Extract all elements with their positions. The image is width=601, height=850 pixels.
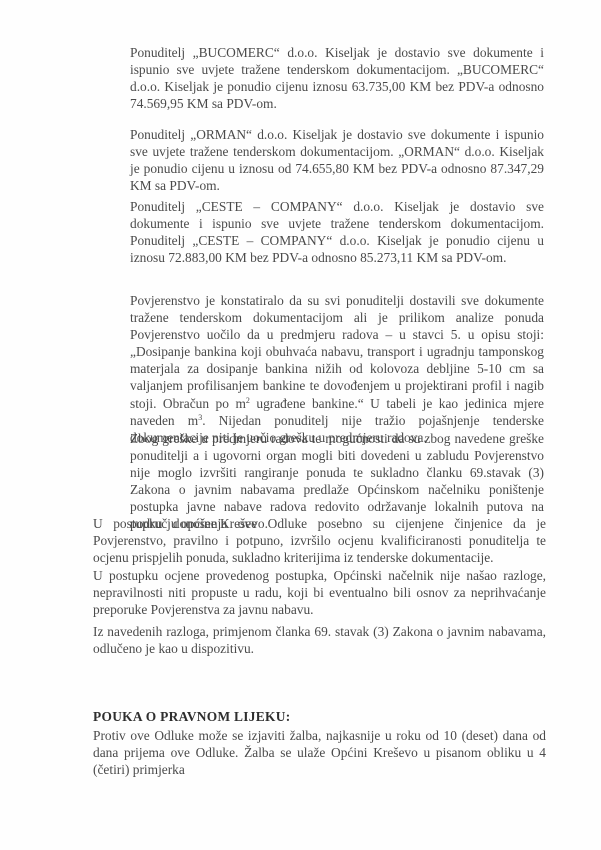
paragraph-conclusion: Iz navedenih razloga, primjenom članka 6… xyxy=(93,623,546,657)
paragraph-procedure-review: U postupku ocjene provedenog postupka, O… xyxy=(93,567,546,618)
paragraph-bucomerc-offer: Ponuditelj „BUCOMERC“ d.o.o. Kiseljak je… xyxy=(130,44,544,112)
committee-finding-text-1: Povjerenstvo je konstatiralo da su svi p… xyxy=(130,293,544,411)
paragraph-decision-process: U postupku donošenja ove Odluke posebno … xyxy=(93,515,546,566)
paragraph-ceste-company-offer: Ponuditelj „CESTE – COMPANY“ d.o.o. Kise… xyxy=(130,198,544,266)
legal-remedy-heading: POUKA O PRAVNOM LIJEKU: xyxy=(93,709,290,725)
paragraph-committee-finding: Povjerenstvo je konstatiralo da su svi p… xyxy=(130,292,544,446)
paragraph-legal-remedy: Protiv ove Odluke može se izjaviti žalba… xyxy=(93,727,546,778)
document-page: Ponuditelj „BUCOMERC“ d.o.o. Kiseljak je… xyxy=(0,0,601,850)
paragraph-orman-offer: Ponuditelj „ORMAN“ d.o.o. Kiseljak je do… xyxy=(130,126,544,194)
